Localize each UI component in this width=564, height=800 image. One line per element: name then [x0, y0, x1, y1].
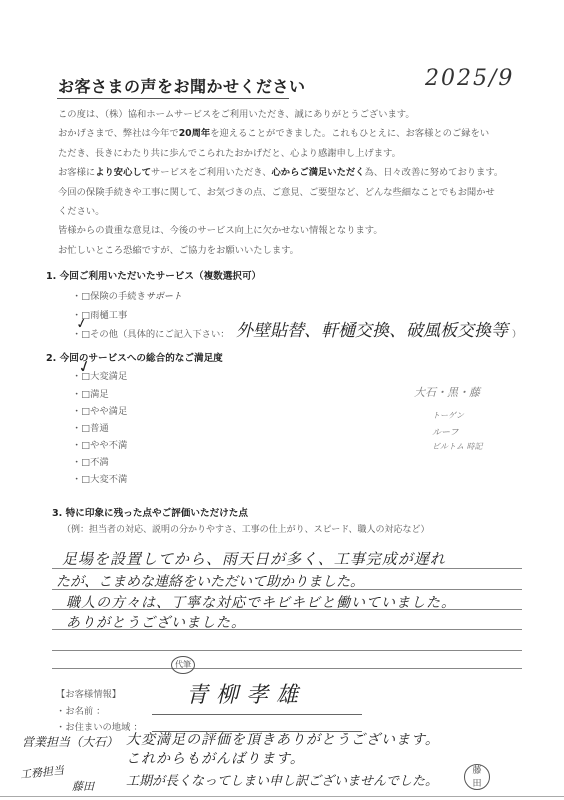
construction-rep-name: 藤田	[72, 778, 94, 794]
q2-option-somewhat-dissatisfied[interactable]: ・□やや不満	[72, 437, 127, 451]
answer-line	[52, 650, 522, 651]
q1-option-insurance[interactable]: ・□保険の手続きサポート	[72, 288, 182, 302]
side-note-line: ビルトム 時記	[432, 441, 483, 452]
sales-rep-reply-line: これからもがんばります。	[126, 748, 305, 768]
q1-other-close-paren: ）	[512, 326, 521, 340]
q1-option-other[interactable]: ・□その他（具体的にご記入下さい：	[72, 326, 230, 340]
q3-handwritten-line: ありがとうございました。	[66, 612, 246, 632]
name-input-line[interactable]	[152, 714, 362, 715]
q3-handwritten-line: たが、こまめな連絡をいただいて助かりました。	[56, 571, 364, 591]
name-handwritten: 青柳孝雄	[186, 678, 306, 709]
customer-info-heading: 【お客様情報】	[56, 686, 121, 700]
intro-line: お忙しいところ恐縮ですが、ご協力をお願いいたします。	[58, 241, 538, 260]
q3-handwritten-line: 足場を設置してから、雨天日が多く、工事完成が遅れ	[62, 548, 446, 569]
intro-line: おかげさまで、弊社は今年で20周年を迎えることができました。これもひとえに、お客…	[58, 124, 538, 143]
sales-rep-label: 営業担当（大石）	[22, 733, 118, 750]
q3-handwritten-line: 職人の方々は、丁寧な対応でキビキビと働いていました。	[66, 592, 456, 612]
q1-other-handwritten: 外壁貼替、軒樋交換、破風板交換等	[236, 316, 508, 341]
q2-option-very-satisfied[interactable]: ・□大変満足	[72, 368, 127, 382]
q2-option-neutral[interactable]: ・□普通	[72, 420, 109, 434]
construction-rep-reply: 工期が長くなってしまい申し訳ございませんでした。	[126, 770, 438, 789]
q2-option-somewhat-satisfied[interactable]: ・□やや満足	[72, 403, 127, 417]
intro-line: 今回の保険手続きや工事に関して、お気づきの点、ご意見、ご要望など、どんな些細なこ…	[58, 183, 538, 202]
page-bottom-edge	[0, 796, 564, 797]
q1-heading: 1. 今回ご利用いただいたサービス（複数選択可）	[46, 268, 261, 282]
q2-heading: 2. 今回のサービスへの総合的なご満足度	[46, 350, 223, 364]
intro-line: ください。	[58, 202, 538, 221]
intro-paragraph: この度は、（株）協和ホームサービスをご利用いただき、誠にありがとうございます。 …	[58, 105, 538, 260]
side-note-line: 大石・黒・藤	[414, 384, 480, 400]
side-note-line: トーゲン	[432, 410, 464, 421]
q2-option-satisfied[interactable]: ・□満足	[72, 386, 109, 400]
q3-heading: 3. 特に印象に残った点やご評価いただけた点	[52, 505, 248, 519]
construction-rep-label: 工務担当	[19, 762, 64, 783]
q2-option-dissatisfied[interactable]: ・□不満	[72, 454, 109, 468]
side-note-line: ルーフ	[432, 425, 459, 438]
handwritten-date: 2025/9	[425, 66, 514, 91]
intro-line: 皆様からの貴重な意見は、今後のサービス向上に欠かせない情報となります。	[58, 221, 538, 240]
seal-stamp: 藤田	[464, 764, 490, 790]
q1-option-insurance-handwritten: サポート	[146, 292, 182, 302]
intro-line: ただき、長きにわたり共に歩んでこられたおかげだと、心より感謝申し上げます。	[58, 144, 538, 163]
survey-title: お客さまの声をお聞かせください	[58, 74, 306, 97]
q2-option-very-dissatisfied[interactable]: ・□大変不満	[72, 471, 127, 485]
intro-line: お客様により安心してサービスをご利用いただき、心からご満足いただく為、日々改善に…	[58, 163, 538, 182]
answer-line	[52, 668, 522, 669]
proxy-stamp: 代筆	[171, 656, 195, 674]
intro-line: この度は、（株）協和ホームサービスをご利用いただき、誠にありがとうございます。	[58, 105, 538, 124]
sales-rep-reply-line: 大変満足の評価を頂きありがとうございます。	[126, 729, 440, 749]
title-underline	[57, 98, 289, 99]
name-label: ・お名前 ：	[56, 703, 105, 717]
q3-subheading: （例：担当者の対応、説明の分かりやすさ、工事の仕上がり、スピード、職人の対応など…	[62, 522, 429, 535]
